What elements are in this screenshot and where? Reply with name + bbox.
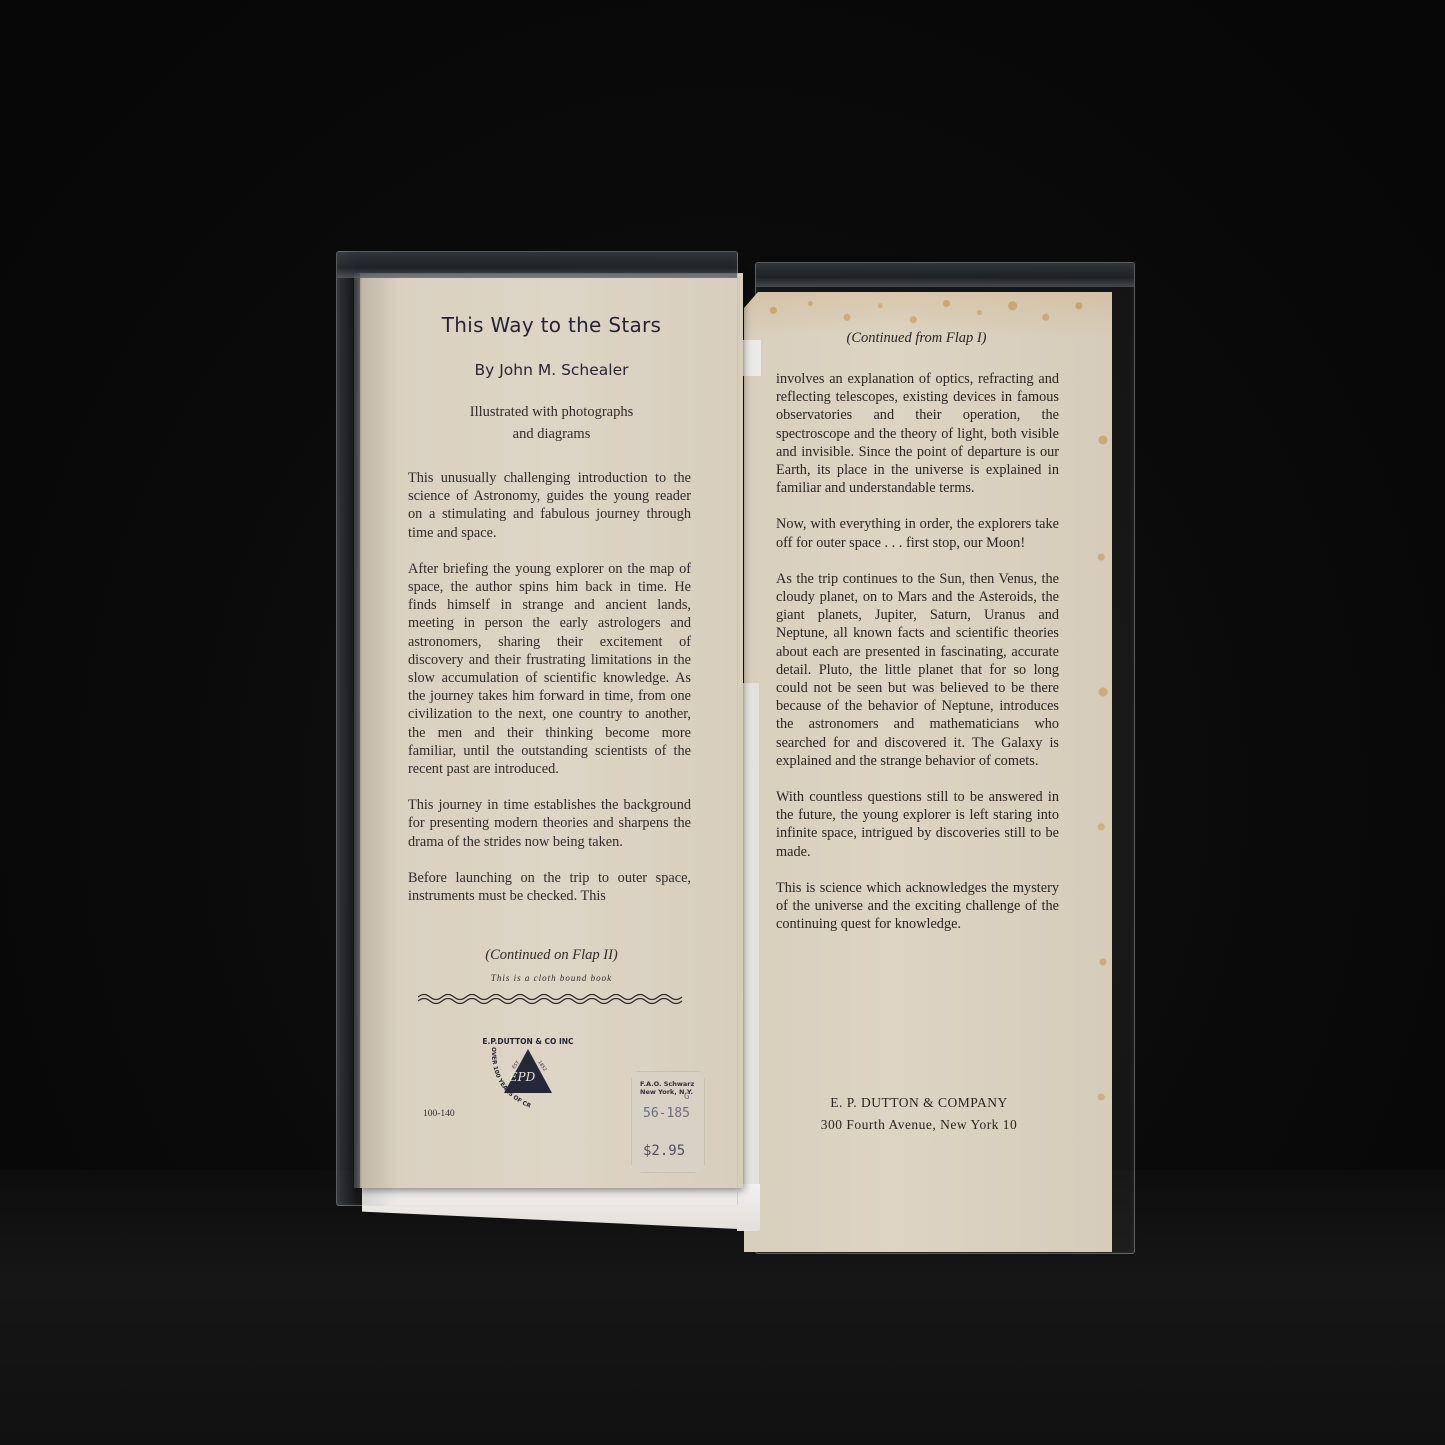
publisher-name: E. P. DUTTON & COMPANY <box>744 1092 1094 1114</box>
foxing-stains-edge <box>1094 332 1112 1232</box>
plastic-sleeve-left <box>336 251 738 1206</box>
publisher-address: 300 Fourth Avenue, New York 10 <box>744 1114 1094 1136</box>
paragraph: involves an explanation of optics, refra… <box>776 370 1059 497</box>
back-flap-body: involves an explanation of optics, refra… <box>776 370 1059 951</box>
back-flap: (Continued from Flap I) involves an expl… <box>744 292 1112 1252</box>
paragraph: With countless questions still to be ans… <box>776 788 1059 861</box>
paragraph: This is science which acknowledges the m… <box>776 879 1059 934</box>
paragraph: Now, with everything in order, the explo… <box>776 515 1059 551</box>
continued-from-note: (Continued from Flap I) <box>744 330 1089 347</box>
publisher-block: E. P. DUTTON & COMPANY 300 Fourth Avenue… <box>744 1092 1094 1136</box>
paragraph: As the trip continues to the Sun, then V… <box>776 570 1059 770</box>
